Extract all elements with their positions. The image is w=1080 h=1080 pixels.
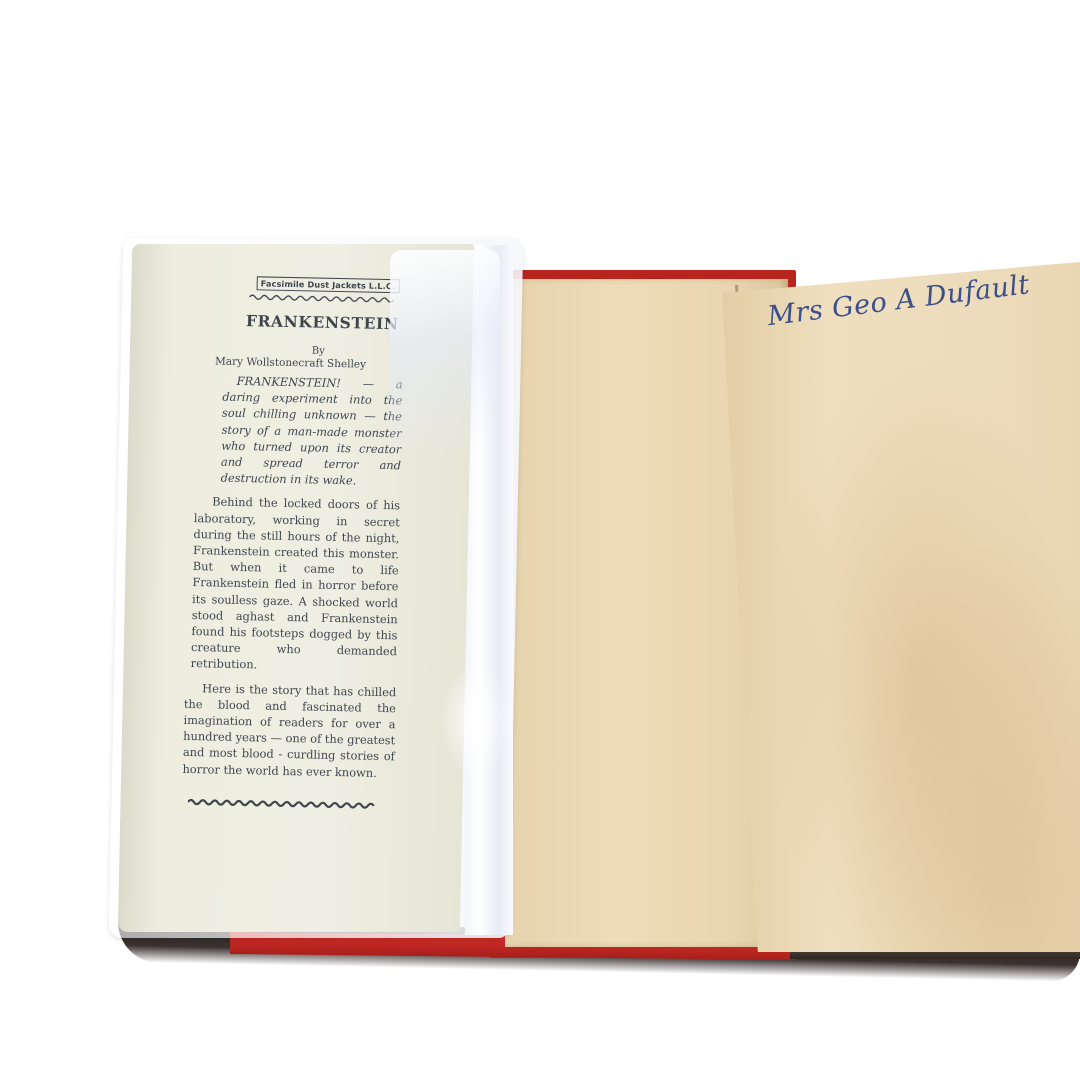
flap-text-block: Facsimile Dust Jackets L.L.C. FRANKENSTE… [184,270,405,811]
blurb-paragraph-3: Here is the story that has chilled the b… [182,680,396,782]
front-flyleaf-page [722,262,1080,952]
mylar-glare-lower [440,660,510,780]
wavy-rule-icon [249,293,394,304]
blurb-paragraph-2: Behind the locked doors of his laborator… [191,493,401,676]
book-title: FRANKENSTEIN [246,311,404,333]
publisher-label: Facsimile Dust Jackets L.L.C. [257,276,400,293]
book-photo: Mrs Geo A Dufault Facsimile Dust Jackets… [0,0,1080,1080]
blurb-paragraph-1: FRANKENSTEIN! — a daring experiment into… [206,372,402,489]
author-name: Mary Wollstonecraft Shelley [215,355,403,371]
mylar-glare [390,250,500,450]
